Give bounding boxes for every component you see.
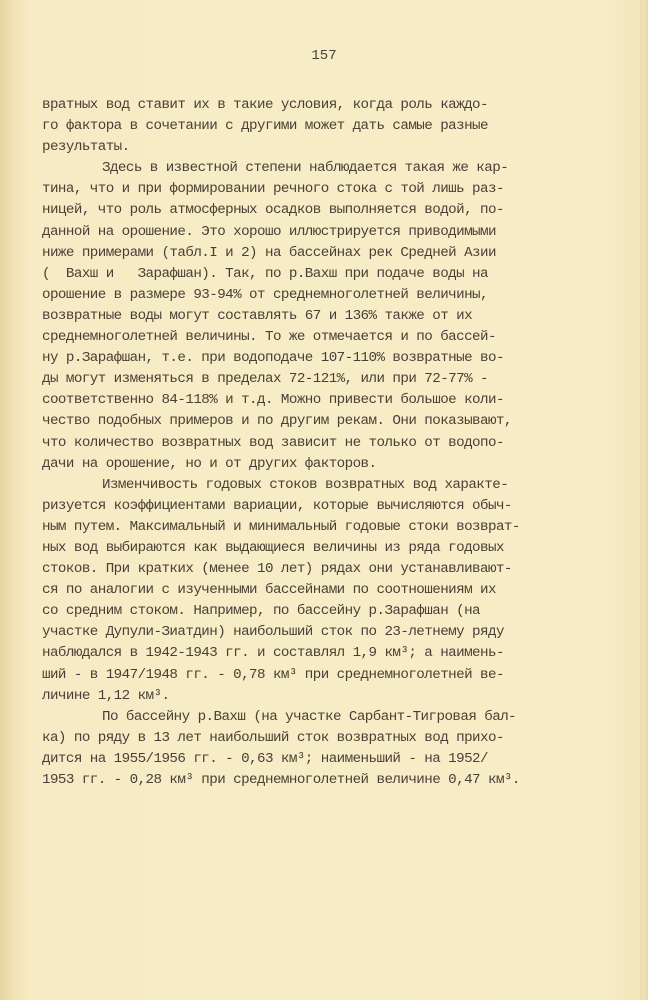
text-line: ды могут изменяться в пределах 72-121%, … <box>42 369 542 390</box>
text-line: участке Дупули-Зиатдин) наибольший сток … <box>42 622 542 643</box>
text-line: дачи на орошение, но и от других факторо… <box>42 454 542 475</box>
text-line: 1953 гг. - 0,28 км³ при среднемноголетне… <box>42 770 542 791</box>
text-line: чество подобных примеров и по другим рек… <box>42 411 542 432</box>
document-page: 157 вратных вод ставит их в такие услови… <box>0 0 648 1000</box>
text-line: ризуется коэффициентами вариации, которы… <box>42 496 542 517</box>
text-line: со средним стоком. Например, по бассейну… <box>42 601 542 622</box>
text-line: Здесь в известной степени наблюдается та… <box>42 158 542 179</box>
text-line: орошение в размере 93-94% от среднемного… <box>42 285 542 306</box>
text-line: личине 1,12 км³. <box>42 686 542 707</box>
body-text: вратных вод ставит их в такие условия, к… <box>42 95 542 791</box>
text-line: По бассейну р.Вахш (на участке Сарбант-Т… <box>42 707 542 728</box>
text-line: возвратные воды могут составлять 67 и 13… <box>42 306 542 327</box>
text-line: го фактора в сочетании с другими может д… <box>42 116 542 137</box>
text-line: ниже примерами (табл.I и 2) на бассейнах… <box>42 243 542 264</box>
text-line: соответственно 84-118% и т.д. Можно прив… <box>42 390 542 411</box>
text-line: тина, что и при формировании речного сто… <box>42 179 542 200</box>
text-line: среднемноголетней величины. То же отмеча… <box>42 327 542 348</box>
text-line: результаты. <box>42 137 542 158</box>
text-line: ( Вахш и Зарафшан). Так, по р.Вахш при п… <box>42 264 542 285</box>
text-line: ным путем. Максимальный и минимальный го… <box>42 517 542 538</box>
text-line: дится на 1955/1956 гг. - 0,63 км³; наиме… <box>42 749 542 770</box>
page-number: 157 <box>0 48 648 64</box>
text-line: ницей, что роль атмосферных осадков выпо… <box>42 200 542 221</box>
text-line: данной на орошение. Это хорошо иллюстрир… <box>42 222 542 243</box>
text-line: ший - в 1947/1948 гг. - 0,78 км³ при сре… <box>42 665 542 686</box>
text-line: Изменчивость годовых стоков возвратных в… <box>42 475 542 496</box>
text-line: наблюдался в 1942-1943 гг. и составлял 1… <box>42 643 542 664</box>
text-line: ну р.Зарафшан, т.е. при водоподаче 107-1… <box>42 348 542 369</box>
text-line: ся по аналогии с изученными бассейнами п… <box>42 580 542 601</box>
text-line: ка) по ряду в 13 лет наибольший сток воз… <box>42 728 542 749</box>
text-line: ных вод выбираются как выдающиеся величи… <box>42 538 542 559</box>
text-line: вратных вод ставит их в такие условия, к… <box>42 95 542 116</box>
text-line: что количество возвратных вод зависит не… <box>42 433 542 454</box>
text-line: стоков. При кратких (менее 10 лет) рядах… <box>42 559 542 580</box>
page-edge <box>640 0 642 1000</box>
